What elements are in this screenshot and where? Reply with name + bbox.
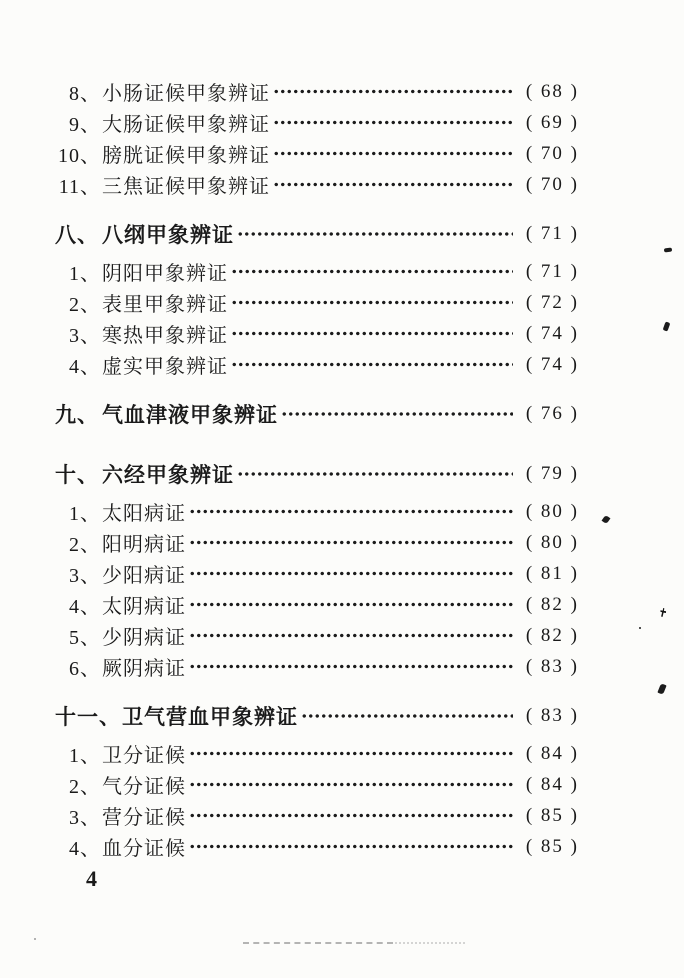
- toc-entry: 4、 血分证候 ( 85 ): [55, 831, 579, 862]
- toc-entry-title: 八纲甲象辨证: [102, 219, 234, 249]
- scan-speck: [659, 608, 666, 618]
- toc-entry: 5、 少阴病证 ( 82 ): [55, 620, 579, 651]
- toc-entry-number: 十、: [55, 459, 101, 489]
- dot-leader: [237, 216, 513, 252]
- toc-entry-number: 3、: [55, 801, 101, 830]
- toc-entry-page: ( 80 ): [519, 501, 579, 523]
- toc-entry-number: 2、: [55, 288, 101, 317]
- scan-smudge-line: [243, 942, 393, 944]
- toc-entry-title: 阴阳甲象辨证: [102, 257, 228, 286]
- toc-entry-number: 4、: [55, 832, 101, 861]
- dot-leader: [273, 107, 513, 138]
- toc-entry: 9、 大肠证候甲象辨证 ( 69 ): [55, 107, 579, 138]
- dot-leader: [301, 698, 513, 734]
- dot-leader: [189, 620, 513, 651]
- dot-leader: [189, 651, 513, 682]
- scan-speck: [664, 247, 672, 252]
- table-of-contents: 8、 小肠证候甲象辨证 ( 68 ) 9、 大肠证候甲象辨证 ( 69 ) 10…: [55, 76, 579, 862]
- toc-entry-title: 太阴病证: [102, 590, 186, 619]
- toc-entry-number: 2、: [55, 528, 101, 557]
- toc-entry-number: 8、: [55, 77, 101, 106]
- toc-entry: 1、 卫分证候 ( 84 ): [55, 738, 579, 769]
- scan-speck: [639, 627, 641, 629]
- toc-entry-page: ( 70 ): [519, 174, 579, 196]
- dot-leader: [273, 76, 513, 107]
- toc-entry-number: 九、: [55, 399, 101, 429]
- toc-entry-page: ( 83 ): [519, 656, 579, 678]
- toc-entry-page: ( 80 ): [519, 532, 579, 554]
- dot-leader: [189, 527, 513, 558]
- toc-entry-title: 膀胱证候甲象辨证: [102, 139, 270, 168]
- toc-entry-page: ( 74 ): [519, 323, 579, 345]
- toc-entry-title: 六经甲象辨证: [102, 459, 234, 489]
- toc-entry-number: 1、: [55, 257, 101, 286]
- toc-entry-number: 八、: [55, 219, 101, 249]
- toc-entry-title: 太阳病证: [102, 497, 186, 526]
- dot-leader: [231, 256, 513, 287]
- toc-entry-number: 1、: [55, 497, 101, 526]
- toc-entry-page: ( 74 ): [519, 354, 579, 376]
- toc-entry-number: 2、: [55, 770, 101, 799]
- toc-entry: 6、 厥阴病证 ( 83 ): [55, 651, 579, 682]
- toc-entry: 11、 三焦证候甲象辨证 ( 70 ): [55, 169, 579, 200]
- toc-entry: 1、 阴阳甲象辨证 ( 71 ): [55, 256, 579, 287]
- toc-entry-page: ( 82 ): [519, 594, 579, 616]
- toc-entry: 2、 表里甲象辨证 ( 72 ): [55, 287, 579, 318]
- toc-entry-page: ( 68 ): [519, 81, 579, 103]
- toc-entry: 2、 气分证候 ( 84 ): [55, 769, 579, 800]
- toc-entry-title: 阳明病证: [102, 528, 186, 557]
- dot-leader: [189, 558, 513, 589]
- toc-entry-title: 厥阴病证: [102, 652, 186, 681]
- toc-entry-title: 三焦证候甲象辨证: [102, 170, 270, 199]
- toc-entry-page: ( 71 ): [519, 261, 579, 283]
- dot-leader: [231, 287, 513, 318]
- toc-entry: 2、 阳明病证 ( 80 ): [55, 527, 579, 558]
- toc-entry-number: 3、: [55, 559, 101, 588]
- toc-entry-number: 十一、: [55, 701, 121, 731]
- toc-entry-page: ( 69 ): [519, 112, 579, 134]
- toc-entry-page: ( 84 ): [519, 774, 579, 796]
- toc-entry: 1、 太阳病证 ( 80 ): [55, 496, 579, 527]
- dot-leader: [189, 831, 513, 862]
- toc-entry-title: 大肠证候甲象辨证: [102, 108, 270, 137]
- toc-section-entry: 十、 六经甲象辨证 ( 79 ): [55, 456, 579, 492]
- toc-entry-number: 9、: [55, 108, 101, 137]
- toc-entry: 4、 太阴病证 ( 82 ): [55, 589, 579, 620]
- toc-entry-number: 11、: [55, 170, 101, 199]
- scan-speck: [657, 683, 666, 695]
- toc-entry-page: ( 79 ): [519, 463, 579, 485]
- toc-entry-page: ( 85 ): [519, 836, 579, 858]
- page-number: 4: [86, 866, 97, 892]
- toc-entry: 3、 寒热甲象辨证 ( 74 ): [55, 318, 579, 349]
- toc-section-entry: 八、 八纲甲象辨证 ( 71 ): [55, 216, 579, 252]
- scan-smudge-line: [395, 942, 465, 944]
- dot-leader: [281, 396, 513, 432]
- toc-entry-page: ( 83 ): [519, 705, 579, 727]
- toc-entry-number: 1、: [55, 739, 101, 768]
- toc-entry-page: ( 76 ): [519, 403, 579, 425]
- dot-leader: [189, 589, 513, 620]
- toc-section-entry: 九、 气血津液甲象辨证 ( 76 ): [55, 396, 579, 432]
- dot-leader: [189, 800, 513, 831]
- toc-entry-title: 少阳病证: [102, 559, 186, 588]
- toc-entry-number: 10、: [55, 139, 101, 168]
- toc-entry: 8、 小肠证候甲象辨证 ( 68 ): [55, 76, 579, 107]
- dot-leader: [273, 169, 513, 200]
- toc-entry-number: 6、: [55, 652, 101, 681]
- dot-leader: [237, 456, 513, 492]
- toc-entry: 4、 虚实甲象辨证 ( 74 ): [55, 349, 579, 380]
- dot-leader: [231, 318, 513, 349]
- toc-section-entry: 十一、 卫气营血甲象辨证 ( 83 ): [55, 698, 579, 734]
- toc-entry-page: ( 70 ): [519, 143, 579, 165]
- toc-entry-title: 寒热甲象辨证: [102, 319, 228, 348]
- toc-entry-page: ( 85 ): [519, 805, 579, 827]
- toc-entry-title: 虚实甲象辨证: [102, 350, 228, 379]
- scan-speck: [602, 515, 611, 524]
- toc-entry-title: 卫分证候: [102, 739, 186, 768]
- dot-leader: [189, 769, 513, 800]
- dot-leader: [189, 738, 513, 769]
- toc-entry-number: 3、: [55, 319, 101, 348]
- toc-entry-title: 血分证候: [102, 832, 186, 861]
- scan-speck: [663, 321, 671, 331]
- toc-entry-title: 气血津液甲象辨证: [102, 399, 278, 429]
- toc-entry: 3、 营分证候 ( 85 ): [55, 800, 579, 831]
- dot-leader: [273, 138, 513, 169]
- toc-entry-number: 4、: [55, 590, 101, 619]
- dot-leader: [189, 496, 513, 527]
- toc-entry-title: 营分证候: [102, 801, 186, 830]
- toc-entry-page: ( 81 ): [519, 563, 579, 585]
- toc-entry: 3、 少阳病证 ( 81 ): [55, 558, 579, 589]
- toc-entry-number: 5、: [55, 621, 101, 650]
- toc-entry: 10、 膀胱证候甲象辨证 ( 70 ): [55, 138, 579, 169]
- toc-entry-page: ( 72 ): [519, 292, 579, 314]
- toc-entry-page: ( 84 ): [519, 743, 579, 765]
- toc-entry-page: ( 71 ): [519, 223, 579, 245]
- scanned-toc-page: 8、 小肠证候甲象辨证 ( 68 ) 9、 大肠证候甲象辨证 ( 69 ) 10…: [0, 0, 684, 978]
- toc-entry-title: 表里甲象辨证: [102, 288, 228, 317]
- toc-entry-page: ( 82 ): [519, 625, 579, 647]
- toc-entry-title: 卫气营血甲象辨证: [122, 701, 298, 731]
- toc-entry-title: 气分证候: [102, 770, 186, 799]
- toc-entry-number: 4、: [55, 350, 101, 379]
- scan-speck: [34, 938, 36, 940]
- toc-entry-title: 小肠证候甲象辨证: [102, 77, 270, 106]
- toc-entry-title: 少阴病证: [102, 621, 186, 650]
- dot-leader: [231, 349, 513, 380]
